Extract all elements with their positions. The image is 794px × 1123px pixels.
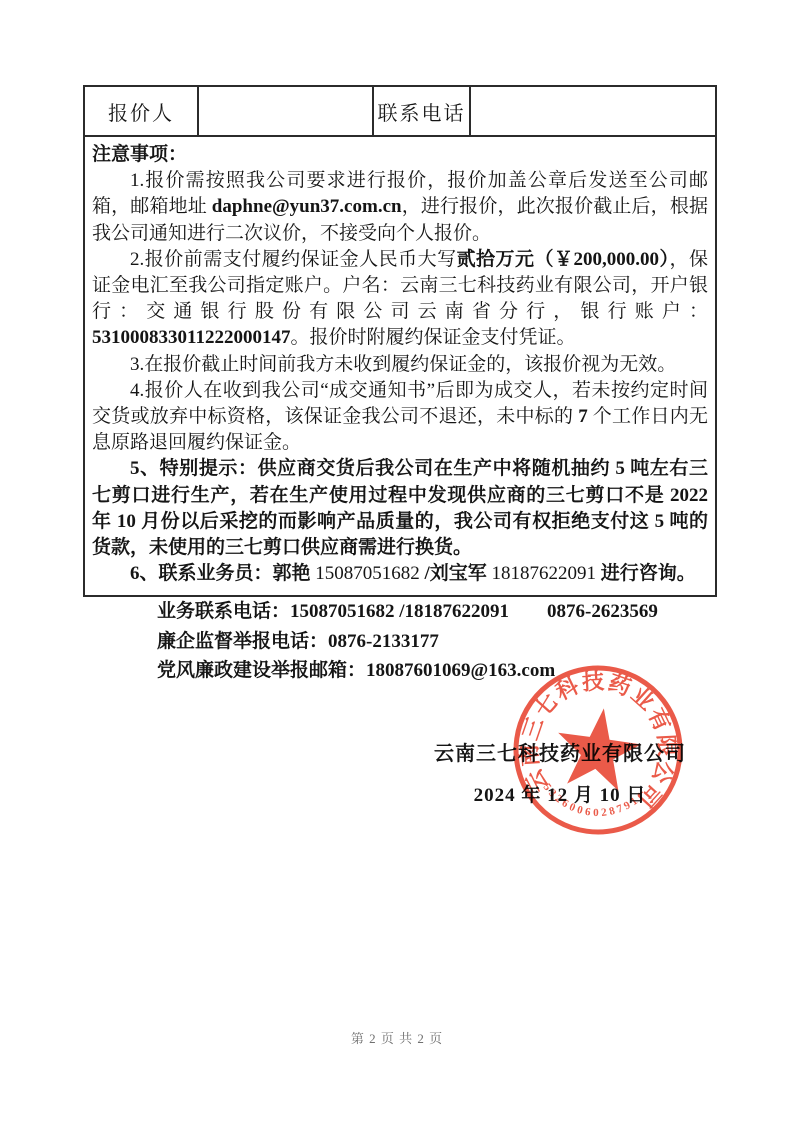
notice-p2-amount: 贰拾万元（￥200,000.00） [457,249,670,270]
notice-paragraph-6: 6、联系业务员：郭艳 15087051682 /刘宝军 18187622091 … [92,561,708,587]
notice-p5-text: 5、特别提示：供应商交货后我公司在生产中将随机抽约 5 吨左右三七剪口进行生产，… [92,458,708,558]
notice-paragraph-3: 3.在报价截止时间前我方未收到履约保证金的，该报价视为无效。 [92,352,708,378]
notice-heading: 注意事项： [92,142,708,168]
notice-paragraph-2: 2.报价前需支付履约保证金人民币大写贰拾万元（￥200,000.00），保证金电… [92,247,708,352]
notice-p6-text2: /刘宝军 [420,563,492,584]
notice-p6-text1: 6、联系业务员：郭艳 [130,563,315,584]
phone-value-cell [469,87,715,135]
bidder-value-cell [197,87,374,135]
supervision-hotline-line: 廉企监督举报电话：0876-2133177 [157,627,658,657]
notice-p2-text1: 2.报价前需支付履约保证金人民币大写 [130,249,457,270]
notice-p1-email: daphne@yun37.com.cn [212,196,402,217]
notice-paragraph-1: 1.报价需按照我公司要求进行报价，报价加盖公章后发送至公司邮箱，邮箱地址 dap… [92,168,708,247]
quotation-header-row: 报价人 联系电话 [85,87,715,137]
contact-info: 业务联系电话：15087051682 /18187622091 0876-262… [157,597,658,686]
notice-paragraph-5: 5、特别提示：供应商交货后我公司在生产中将随机抽约 5 吨左右三七剪口进行生产，… [92,456,708,561]
notice-paragraph-4: 4.报价人在收到我公司“成交通知书”后即为成交人，若未按约定时间交货或放弃中标资… [92,378,708,457]
page-number: 第 2 页 共 2 页 [0,1028,794,1047]
notice-p6-text3: 进行咨询。 [596,563,696,584]
signature-block: 云南三七科技药业有限公司 2024 年 12 月 10 日 [400,737,720,807]
notice-section: 注意事项： 1.报价需按照我公司要求进行报价，报价加盖公章后发送至公司邮箱，邮箱… [85,137,715,595]
signature-date: 2024 年 12 月 10 日 [400,780,720,807]
notice-p6-phone2: 18187622091 [492,563,597,584]
notice-p2-account-number: 531000833011222000147 [92,327,290,348]
business-phone-line: 业务联系电话：15087051682 /18187622091 0876-262… [157,597,658,627]
quotation-box: 报价人 联系电话 注意事项： 1.报价需按照我公司要求进行报价，报价加盖公章后发… [83,85,717,597]
company-name: 云南三七科技药业有限公司 [400,737,720,766]
phone-label-cell: 联系电话 [374,87,469,135]
notice-p2-text3: 。报价时附履约保证金支付凭证。 [290,327,575,348]
notice-p3-text: 3.在报价截止时间前我方未收到履约保证金的，该报价视为无效。 [130,354,676,375]
notice-p4-days: 7 [578,406,588,427]
notice-p6-phone1: 15087051682 [315,563,420,584]
document-page: 报价人 联系电话 注意事项： 1.报价需按照我公司要求进行报价，报价加盖公章后发… [0,0,794,1123]
report-email-line: 党风廉政建设举报邮箱：18087601069@163.com [157,656,658,686]
bidder-label-cell: 报价人 [85,87,197,135]
